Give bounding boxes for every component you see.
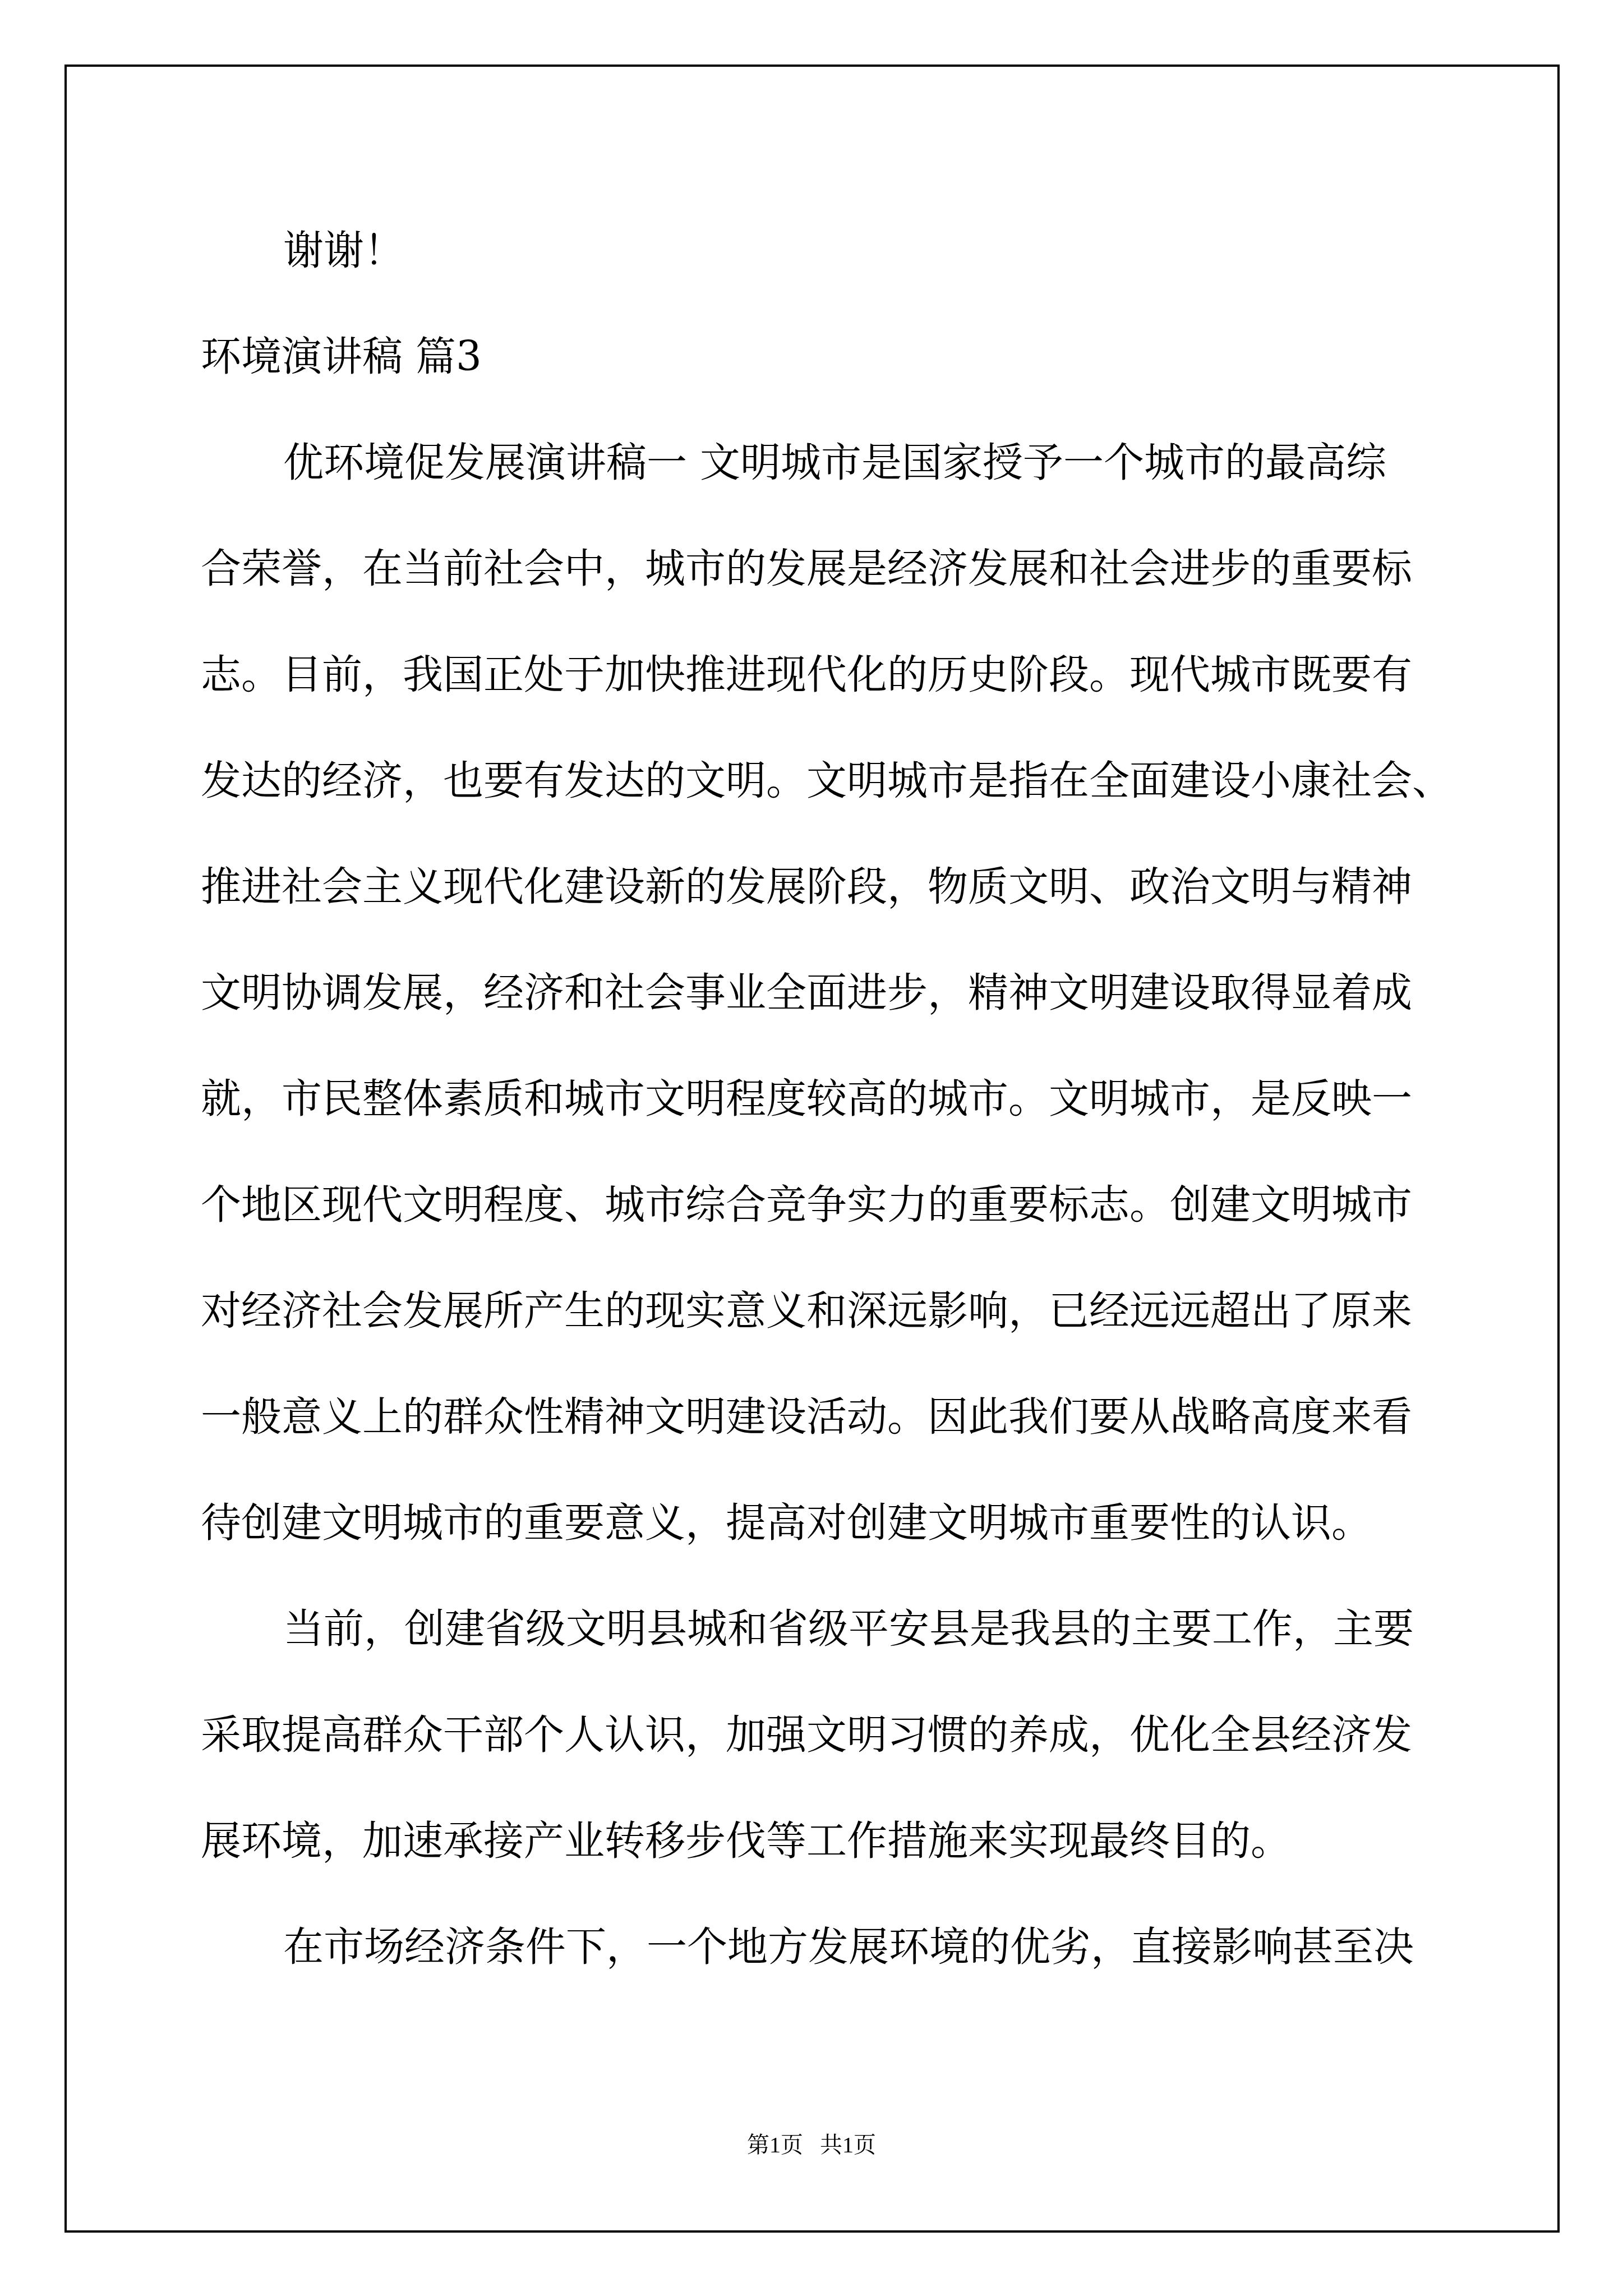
paragraph-line: 优环境促发展演讲稿一 文明城市是国家授予一个城市的最高综 (201, 409, 1435, 516)
paragraph-line: 待创建文明城市的重要意义，提高对创建文明城市重要性的认识。 (201, 1470, 1435, 1576)
paragraph-line: 展环境，加速承接产业转移步伐等工作措施来实现最终目的。 (201, 1788, 1435, 1894)
paragraph-2: 当前，创建省级文明县城和省级平安县是我县的主要工作，主要 采取提高群众干部个人认… (201, 1576, 1435, 1894)
paragraph-line: 一般意义上的群众性精神文明建设活动。因此我们要从战略高度来看 (201, 1364, 1435, 1470)
paragraph-1: 优环境促发展演讲稿一 文明城市是国家授予一个城市的最高综 合荣誉，在当前社会中，… (201, 409, 1435, 1576)
document-body: 谢谢！ 环境演讲稿 篇3 优环境促发展演讲稿一 文明城市是国家授予一个城市的最高… (201, 197, 1435, 2000)
page-number: 第1页 (747, 2132, 803, 2157)
section-title: 环境演讲稿 篇3 (201, 303, 1435, 409)
closing-line: 谢谢！ (201, 197, 1435, 303)
paragraph-line: 采取提高群众干部个人认识，加强文明习惯的养成，优化全县经济发 (201, 1682, 1435, 1788)
paragraph-line: 个地区现代文明程度、城市综合竞争实力的重要标志。创建文明城市 (201, 1152, 1435, 1258)
page-total: 共1页 (820, 2132, 876, 2157)
paragraph-line: 志。目前，我国正处于加快推进现代化的历史阶段。现代城市既要有 (201, 622, 1435, 728)
paragraph-line: 合荣誉，在当前社会中，城市的发展是经济发展和社会进步的重要标 (201, 516, 1435, 622)
paragraph-line: 文明协调发展，经济和社会事业全面进步，精神文明建设取得显着成 (201, 940, 1435, 1046)
paragraph-line: 发达的经济，也要有发达的文明。文明城市是指在全面建设小康社会、 (201, 728, 1435, 834)
paragraph-line: 对经济社会发展所产生的现实意义和深远影响，已经远远超出了原来 (201, 1258, 1435, 1364)
paragraph-line: 推进社会主义现代化建设新的发展阶段，物质文明、政治文明与精神 (201, 834, 1435, 940)
footer-spacer (803, 2132, 820, 2157)
paragraph-line: 就，市民整体素质和城市文明程度较高的城市。文明城市，是反映一 (201, 1046, 1435, 1152)
paragraph-line: 在市场经济条件下，一个地方发展环境的优劣，直接影响甚至决 (201, 1894, 1435, 2000)
page-footer: 第1页 共1页 (0, 2129, 1623, 2161)
paragraph-3: 在市场经济条件下，一个地方发展环境的优劣，直接影响甚至决 (201, 1894, 1435, 2000)
paragraph-line: 当前，创建省级文明县城和省级平安县是我县的主要工作，主要 (201, 1576, 1435, 1682)
